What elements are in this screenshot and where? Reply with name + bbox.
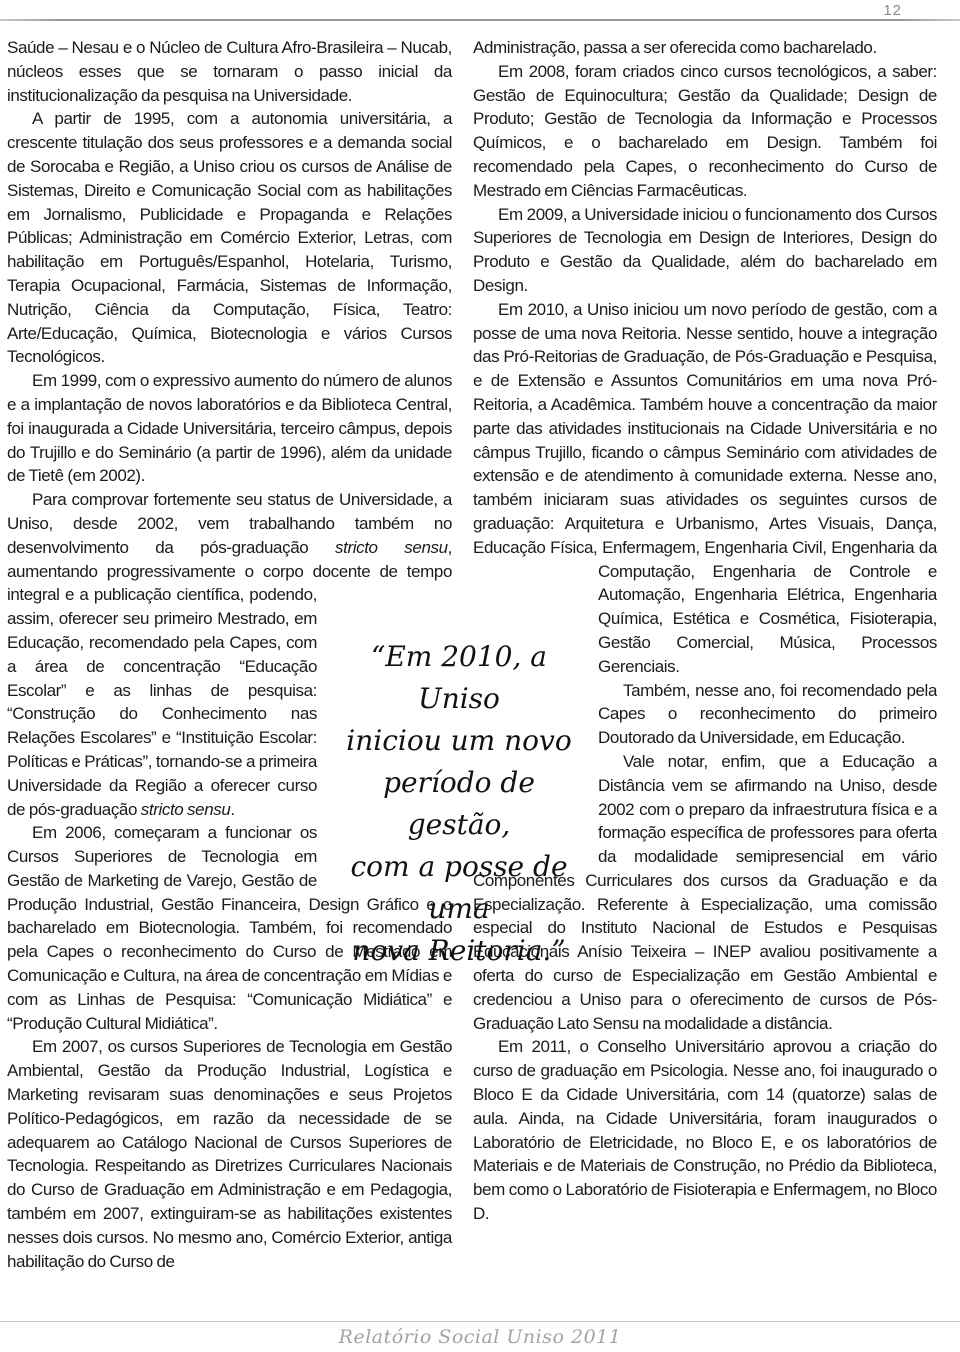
paragraph-right-2: Em 2008, foram criados cinco cursos tecn…	[473, 60, 937, 203]
text-run: .	[230, 800, 234, 819]
report-page: { "page": { "number": "12", "footer": "R…	[0, 0, 960, 1352]
page-number: 12	[883, 2, 902, 19]
footer-rule	[0, 1321, 960, 1322]
pull-quote: “Em 2010, a Uniso iniciou um novo períod…	[330, 636, 588, 972]
pull-quote-line: iniciou um novo	[330, 720, 588, 762]
pull-quote-line: com a posse de uma	[330, 846, 588, 930]
paragraph-right-7: Em 2011, o Conselho Universitário aprovo…	[473, 1035, 937, 1225]
footer-report-title: Relatório Social Uniso 2011	[0, 1326, 960, 1348]
paragraph-left-6: Em 2007, os cursos Superiores de Tecnolo…	[7, 1035, 452, 1273]
paragraph-right-1: Administração, passa a ser oferecida com…	[473, 36, 937, 60]
paragraph-left-3: Em 1999, com o expressivo aumento do núm…	[7, 369, 452, 488]
pull-quote-line: “Em 2010, a Uniso	[330, 636, 588, 720]
paragraph-left-1: Saúde – Nesau e o Núcleo de Cultura Afro…	[7, 36, 452, 107]
text-run: Em 2010, a Uniso iniciou um novo período…	[473, 300, 937, 557]
paragraph-right-3: Em 2009, a Universidade iniciou o funcio…	[473, 203, 937, 298]
top-rule	[0, 19, 960, 21]
paragraph-right-4: Em 2010, a Uniso iniciou um novo período…	[473, 298, 937, 679]
italic-latin-term: stricto sensu	[335, 538, 448, 557]
paragraph-left-2: A partir de 1995, com a autonomia univer…	[7, 107, 452, 369]
text-run: Engenharia da Computação, Engenharia de …	[598, 538, 937, 676]
italic-latin-term: stricto sensu	[141, 800, 231, 819]
pull-quote-line: período de gestão,	[330, 762, 588, 846]
pull-quote-line: nova Reitoria.”	[330, 930, 588, 972]
